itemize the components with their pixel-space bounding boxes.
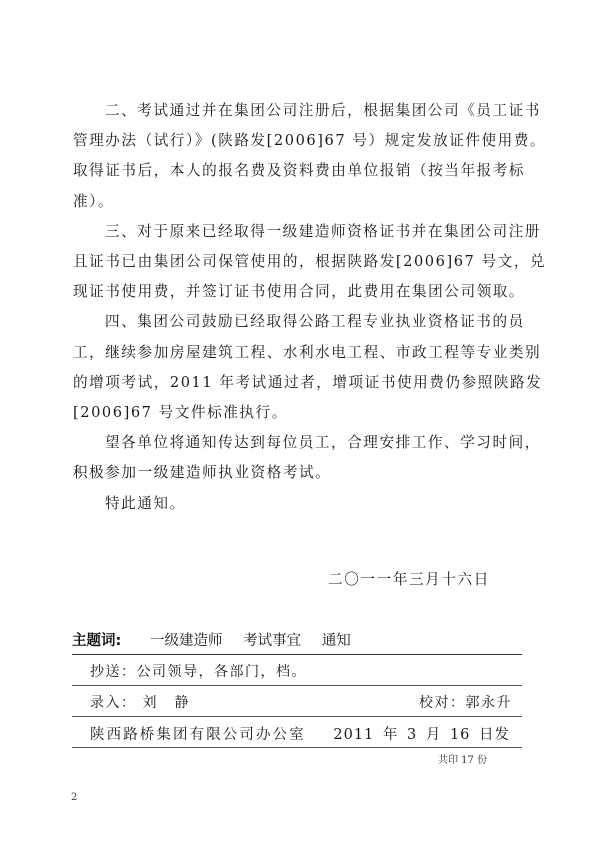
- text-line: 三、对于原来已经取得一级建造师资格证书并在集团公司注册: [73, 217, 529, 247]
- text-line: 现证书使用费，并签订证书使用合同，此费用在集团公司领取。: [41, 277, 529, 307]
- proof-label: 校对：: [419, 695, 466, 711]
- paragraph-closing-request: 望各单位将通知传达到每位员工，合理安排工作、学习时间， 积极参加一级建造师执业资…: [73, 428, 529, 488]
- divider: [72, 747, 522, 748]
- issuing-office: 陕西路桥集团有限公司办公室: [90, 723, 306, 744]
- proofreader-field: 校对：郭永升: [419, 692, 512, 712]
- text-line: 管理办法（试行）》(陕路发[2006]67 号）规定发放证件使用费。: [41, 126, 529, 156]
- notice-date: 二〇一一年三月十六日: [328, 568, 490, 589]
- document-footer: 主题词: 一级建造师 考试事宜 通知 抄送：公司领导，各部门，档。 录入：刘静 …: [72, 624, 522, 748]
- notice-body: 二、考试通过并在集团公司注册后，根据集团公司《员工证书 管理办法（试行）》(陕路…: [73, 96, 529, 519]
- text-line: 且证书已由集团公司保管使用的，根据陕路发[2006]67 号文，兑: [41, 247, 529, 277]
- cc-row: 抄送：公司领导，各部门，档。: [72, 655, 522, 686]
- entry-proof-row: 录入：刘静 校对：郭永升: [72, 686, 522, 717]
- text-line: 准）。: [41, 187, 529, 217]
- issue-date: 2011 年 3 月 16 日发: [333, 723, 510, 744]
- entry-name: 刘静: [143, 695, 207, 711]
- text-line: 的增项考试，2011 年考试通过者，增项证书使用费仍参照陕路发: [41, 368, 529, 398]
- text-line: 四、集团公司鼓励已经取得公路工程专业执业资格证书的员: [73, 307, 529, 337]
- cc-recipients: 抄送：公司领导，各部门，档。: [90, 661, 307, 681]
- text-line: 积极参加一级建造师执业资格考试。: [41, 458, 529, 488]
- paragraph-2: 二、考试通过并在集团公司注册后，根据集团公司《员工证书 管理办法（试行）》(陕路…: [73, 96, 529, 217]
- keywords-row: 主题词: 一级建造师 考试事宜 通知: [72, 624, 522, 655]
- issuer-row: 陕西路桥集团有限公司办公室 2011 年 3 月 16 日发: [72, 717, 522, 748]
- paragraph-sign-off: 特此通知。: [73, 489, 529, 519]
- paragraph-4: 四、集团公司鼓励已经取得公路工程专业执业资格证书的员 工，继续参加房屋建筑工程、…: [73, 307, 529, 428]
- paragraph-3: 三、对于原来已经取得一级建造师资格证书并在集团公司注册 且证书已由集团公司保管使…: [73, 217, 529, 308]
- keyword: 考试事宜: [243, 633, 301, 649]
- text-line: 二、考试通过并在集团公司注册后，根据集团公司《员工证书: [73, 96, 529, 126]
- keyword: 一级建造师: [150, 633, 223, 649]
- proof-name: 郭永升: [466, 695, 513, 711]
- entry-label: 录入：: [90, 695, 137, 711]
- keywords-list: 一级建造师 考试事宜 通知: [150, 629, 367, 650]
- keywords-label: 主题词:: [72, 629, 121, 650]
- text-line: 望各单位将通知传达到每位员工，合理安排工作、学习时间，: [73, 428, 529, 458]
- text-line: [2006]67 号文件标准执行。: [41, 398, 529, 428]
- text-line: 工，继续参加房屋建筑工程、水利水电工程、市政工程等专业类别: [41, 338, 529, 368]
- text-line: 特此通知。: [73, 489, 529, 519]
- page-number: 2: [71, 792, 77, 803]
- text-line: 取得证书后，本人的报名费及资料费由单位报销（按当年报考标: [41, 156, 529, 186]
- keyword: 通知: [322, 633, 351, 649]
- entry-field: 录入：刘静: [90, 692, 207, 712]
- copies-count: 共印 17 份: [438, 751, 487, 766]
